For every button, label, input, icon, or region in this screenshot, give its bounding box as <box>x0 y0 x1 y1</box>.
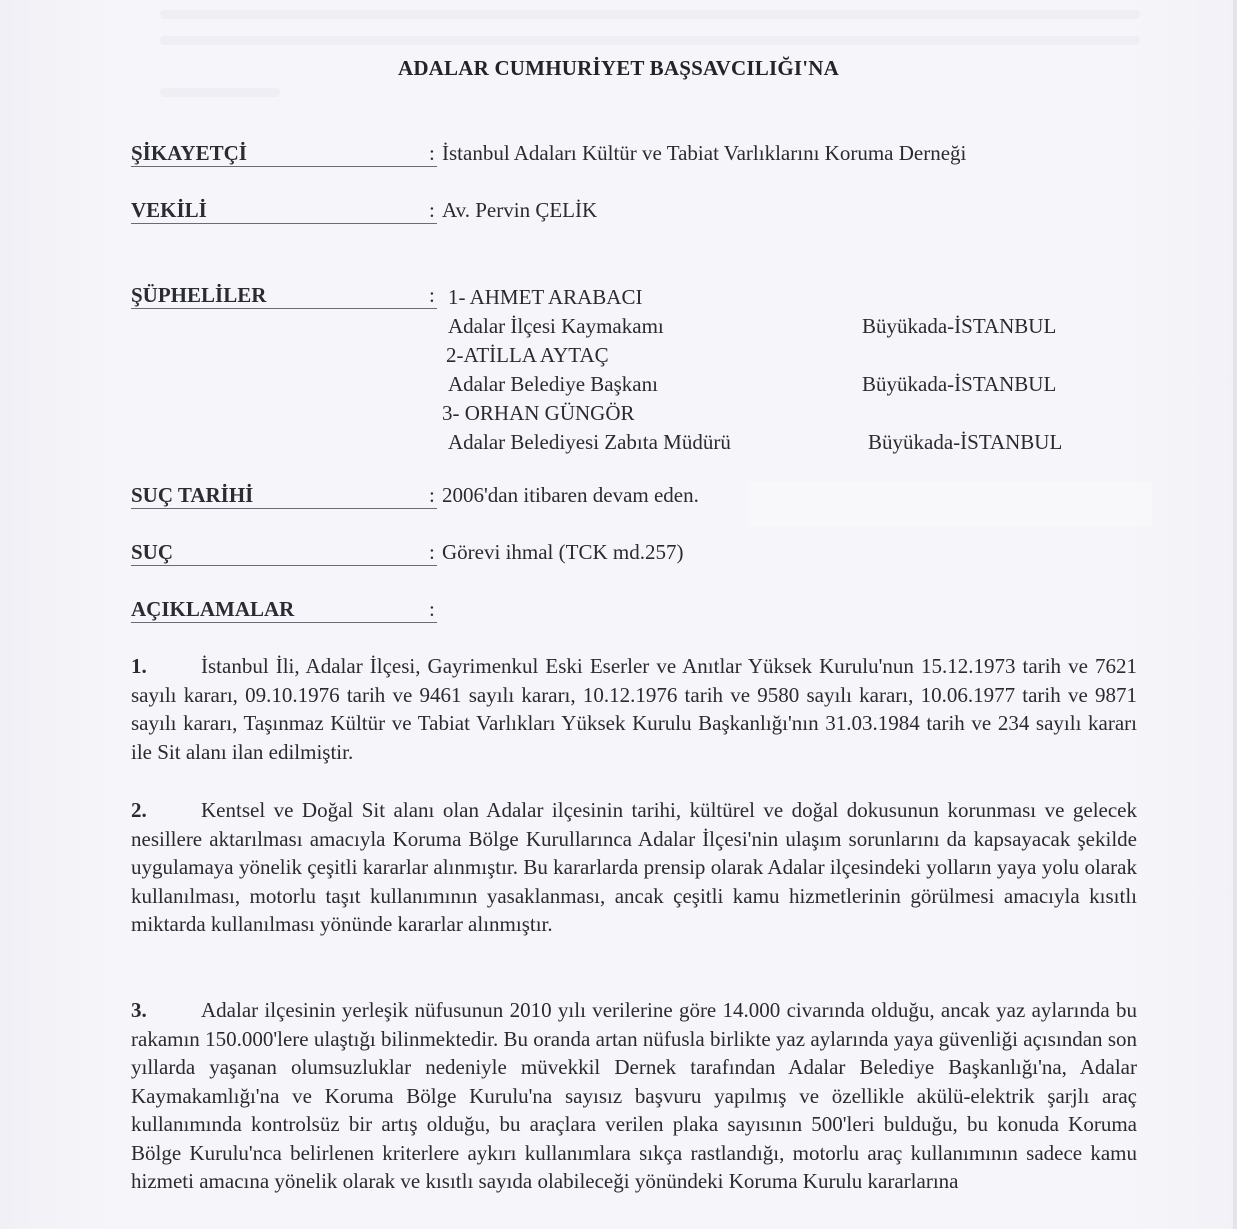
document-title: ADALAR CUMHURİYET BAŞSAVCILIĞI'NA <box>0 56 1237 81</box>
crime-field: SUÇ : Görevi ihmal (TCK md.257) <box>131 540 1131 570</box>
suspect-name: 3- ORHAN GÜNGÖR <box>442 401 635 425</box>
suspect-3-title-row: Adalar Belediyesi Zabıta Müdürü Büyükada… <box>448 428 1128 457</box>
suspects-list: 1- AHMET ARABACI Adalar İlçesi Kaymakamı… <box>448 283 1128 457</box>
suspect-location: Büyükada-İSTANBUL <box>862 370 1056 399</box>
complainant-value: İstanbul Adaları Kültür ve Tabiat Varlık… <box>442 141 966 165</box>
crime-date-label: SUÇ TARİHİ <box>131 483 437 509</box>
suspect-title: Adalar İlçesi Kaymakamı <box>448 314 664 338</box>
complainant-field: ŞİKAYETÇİ : İstanbul Adaları Kültür ve T… <box>131 141 1131 171</box>
paragraph-number: 3. <box>131 996 201 1025</box>
crime-label: SUÇ <box>131 540 437 566</box>
crime-date-value: 2006'dan itibaren devam eden. <box>442 483 699 507</box>
suspect-name: 1- AHMET ARABACI <box>448 285 642 309</box>
paragraph-number: 2. <box>131 796 201 825</box>
suspect-2-title-row: Adalar Belediye Başkanı Büyükada-İSTANBU… <box>448 370 1128 399</box>
attorney-value: Av. Pervin ÇELİK <box>442 198 597 222</box>
suspect-title: Adalar Belediyesi Zabıta Müdürü <box>448 430 731 454</box>
colon: : <box>429 540 435 564</box>
suspect-3-name-row: 3- ORHAN GÜNGÖR <box>442 399 1128 428</box>
attorney-label: VEKİLİ <box>131 198 437 224</box>
paragraph-text: İstanbul İli, Adalar İlçesi, Gayrimenkul… <box>131 654 1137 764</box>
suspect-title: Adalar Belediye Başkanı <box>448 372 658 396</box>
explanations-field: AÇIKLAMALAR : <box>131 597 1131 627</box>
paragraph-1: 1.İstanbul İli, Adalar İlçesi, Gayrimenk… <box>131 652 1137 766</box>
paragraph-3: 3.Adalar ilçesinin yerleşik nüfusunun 20… <box>131 996 1137 1196</box>
colon: : <box>429 597 435 621</box>
crime-value: Görevi ihmal (TCK md.257) <box>442 540 683 564</box>
paragraph-text: Kentsel ve Doğal Sit alanı olan Adalar i… <box>131 798 1137 936</box>
suspect-1-name-row: 1- AHMET ARABACI <box>448 283 1128 312</box>
colon: : <box>429 483 435 507</box>
bleed-through-line <box>160 88 280 97</box>
paragraph-number: 1. <box>131 652 201 681</box>
bleed-through-line <box>160 10 1140 19</box>
suspect-location: Büyükada-İSTANBUL <box>868 428 1062 457</box>
attorney-field: VEKİLİ : Av. Pervin ÇELİK <box>131 198 1131 228</box>
suspect-2-name-row: 2-ATİLLA AYTAÇ <box>446 341 1128 370</box>
suspects-label: ŞÜPHELİLER <box>131 283 437 309</box>
suspect-1-title-row: Adalar İlçesi Kaymakamı Büyükada-İSTANBU… <box>448 312 1128 341</box>
suspect-name: 2-ATİLLA AYTAÇ <box>446 343 609 367</box>
colon: : <box>429 141 435 165</box>
bleed-through-line <box>160 36 1140 45</box>
scanned-page: ADALAR CUMHURİYET BAŞSAVCILIĞI'NA ŞİKAYE… <box>0 0 1237 1229</box>
crime-date-field: SUÇ TARİHİ : 2006'dan itibaren devam ede… <box>131 483 1131 513</box>
colon: : <box>429 283 435 307</box>
paragraph-2: 2.Kentsel ve Doğal Sit alanı olan Adalar… <box>131 796 1137 939</box>
complainant-label: ŞİKAYETÇİ <box>131 141 437 167</box>
page-edge <box>1233 0 1237 1229</box>
paragraph-text: Adalar ilçesinin yerleşik nüfusunun 2010… <box>131 998 1137 1193</box>
colon: : <box>429 198 435 222</box>
suspect-location: Büyükada-İSTANBUL <box>862 312 1056 341</box>
explanations-label: AÇIKLAMALAR <box>131 597 437 623</box>
